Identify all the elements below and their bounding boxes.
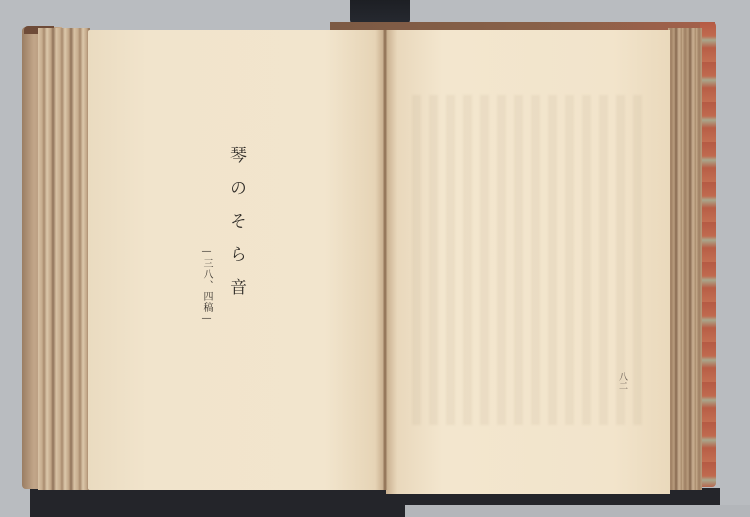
book-cover-top-edge bbox=[330, 22, 715, 30]
table-surface bbox=[405, 505, 750, 517]
book-photo-scene: 琴のそら音 —三八、四稿— 八二 bbox=[0, 0, 750, 517]
page-number: 八二 bbox=[616, 372, 629, 390]
bleed-through-text bbox=[412, 95, 642, 425]
page-edges-right bbox=[668, 28, 702, 490]
book-clamp bbox=[350, 0, 410, 24]
book-cover-right-marbled bbox=[700, 22, 716, 487]
book-gutter bbox=[382, 30, 388, 490]
chapter-subtitle: —三八、四稿— bbox=[199, 246, 214, 325]
page-edges-left bbox=[38, 28, 90, 490]
chapter-title: 琴のそら音 bbox=[224, 146, 249, 311]
